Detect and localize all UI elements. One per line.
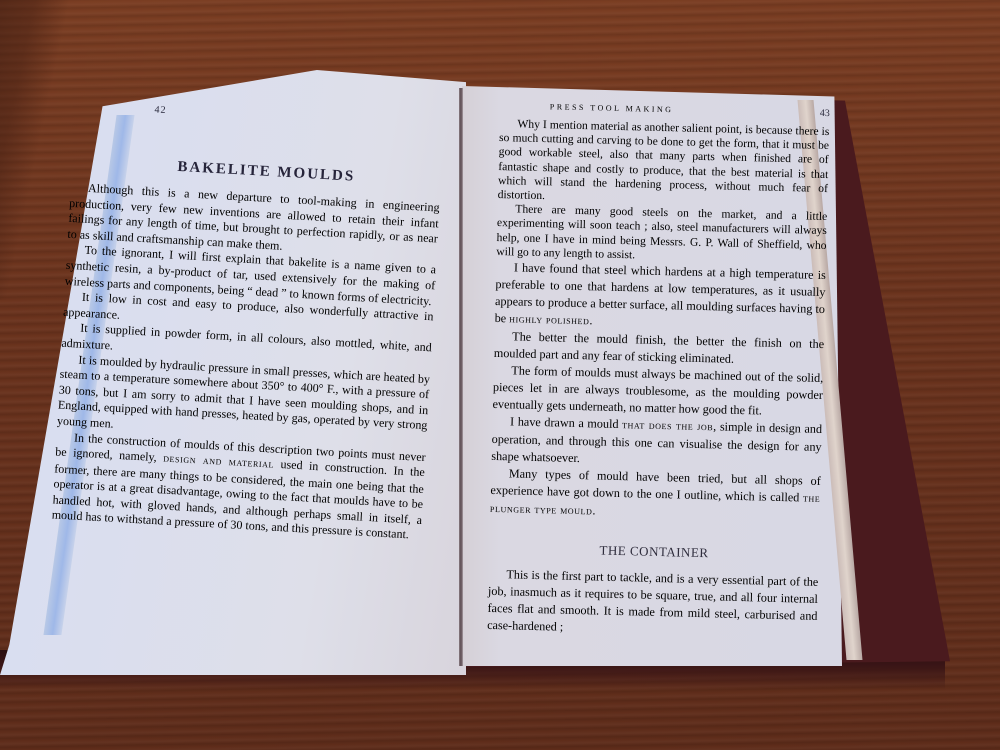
- section-title: THE CONTAINER: [489, 540, 819, 564]
- small-caps-run: highly polished: [509, 313, 590, 327]
- right-page-text: PRESS TOOL MAKING 43 Why I mention mater…: [487, 100, 830, 642]
- text-run: Many types of mould have been tried, but…: [490, 466, 821, 504]
- paragraph: This is the first part to tackle, and is…: [487, 566, 819, 642]
- table-edge: [0, 0, 70, 300]
- paragraph: There are many good steels on the market…: [496, 202, 827, 267]
- paragraph: I have found that steel which hardens at…: [494, 259, 826, 336]
- paragraph: Many types of mould have been tried, but…: [490, 465, 821, 526]
- paragraph: I have drawn a mould that does the job, …: [491, 413, 822, 473]
- text-run: .: [589, 313, 592, 327]
- text-run: I have drawn a mould: [510, 414, 622, 431]
- text-run: .: [592, 503, 595, 517]
- paragraph: Why I mention material as another salien…: [498, 117, 830, 210]
- left-page-text: 42 BAKELITE MOULDS Although this is a ne…: [51, 100, 444, 544]
- paragraph: The form of moulds must always be machin…: [492, 362, 823, 421]
- right-page-number: 43: [820, 108, 830, 119]
- right-page-lower: I have found that steel which hardens at…: [487, 259, 826, 642]
- book-gutter: [459, 88, 463, 666]
- small-caps-run: that does the job: [622, 419, 713, 433]
